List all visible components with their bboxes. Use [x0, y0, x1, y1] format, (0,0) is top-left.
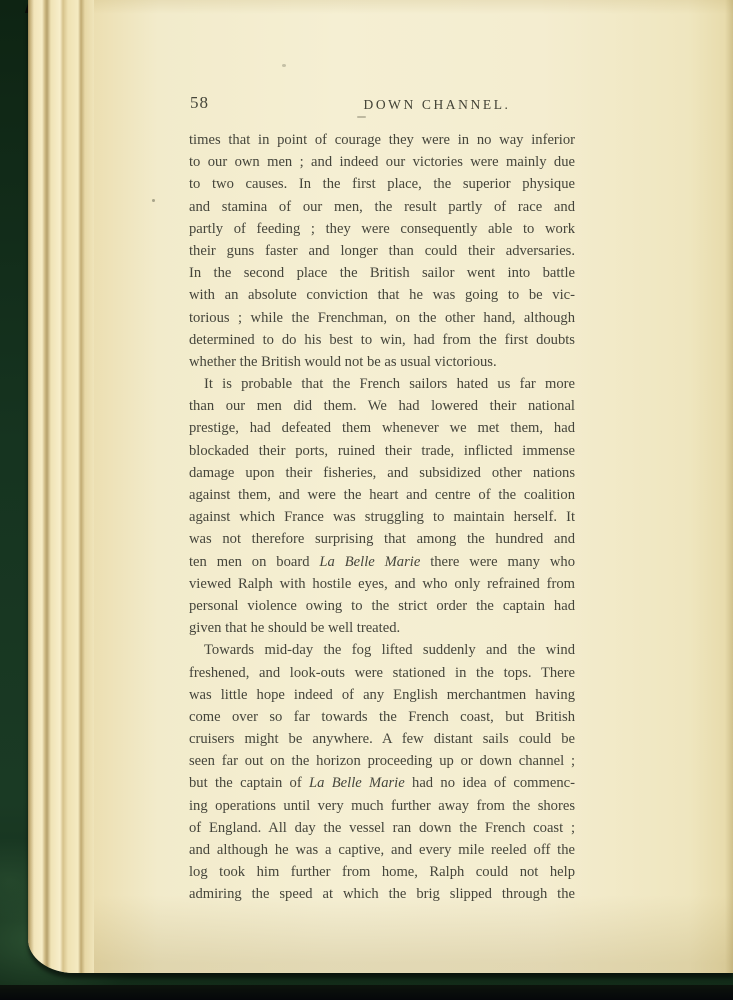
text-segment: personal violence owing to the strict or…: [189, 598, 575, 614]
text-segment: their guns faster and longer than could …: [189, 243, 575, 259]
text-line: partly of feeding ; they were consequent…: [189, 218, 575, 240]
text-segment: but the captain of: [189, 775, 309, 791]
paragraph: It is probable that the French sailors h…: [189, 373, 575, 639]
text-line: of England. All day the vessel ran down …: [189, 817, 575, 839]
text-line: ten men on board La Belle Marie there we…: [189, 551, 575, 573]
text-line: to two causes. In the first place, the s…: [189, 173, 575, 195]
text-line: torious ; while the Frenchman, on the ot…: [189, 307, 575, 329]
text-segment: It is probable that the French sailors h…: [204, 376, 575, 392]
text-line: seen far out on the horizon proceeding u…: [189, 750, 575, 772]
text-line: freshened, and look-outs were stationed …: [189, 662, 575, 684]
text-segment: against them, and were the heart and cen…: [189, 487, 575, 503]
text-segment: viewed Ralph with hostile eyes, and who …: [189, 576, 575, 592]
text-segment: Towards mid-day the fog lifted suddenly …: [204, 642, 575, 658]
text-line: their guns faster and longer than could …: [189, 240, 575, 262]
text-line: but the captain of La Belle Marie had no…: [189, 772, 575, 794]
text-segment: to our own men ; and indeed our victorie…: [189, 154, 575, 170]
text-segment: admiring the speed at which the brig sli…: [189, 886, 575, 902]
text-segment: against which France was struggling to m…: [189, 509, 575, 525]
text-line: cruisers might be anywhere. A few distan…: [189, 728, 575, 750]
text-line: blockaded their ports, ruined their trad…: [189, 440, 575, 462]
text-line: than our men did them. We had lowered th…: [189, 395, 575, 417]
text-segment: of England. All day the vessel ran down …: [189, 820, 575, 836]
print-speck: [152, 199, 155, 202]
text-line: admiring the speed at which the brig sli…: [189, 883, 575, 905]
text-segment: had no idea of commenc-: [405, 775, 575, 791]
text-segment: times that in point of courage they were…: [189, 132, 575, 148]
page-number: 58: [190, 93, 209, 113]
scan-bottom-strip: [0, 985, 733, 1000]
text-line: given that he should be well treated.: [189, 617, 575, 639]
text-line: ing operations until very much further a…: [189, 795, 575, 817]
text-segment: freshened, and look-outs were stationed …: [189, 665, 575, 681]
text-line: to our own men ; and indeed our victorie…: [189, 151, 575, 173]
text-segment: In the second place the British sailor w…: [189, 265, 575, 281]
ship-name-italic: La Belle Marie: [319, 554, 420, 570]
page-right-shade: [725, 0, 733, 973]
text-segment: ten men on board: [189, 554, 319, 570]
text-line: It is probable that the French sailors h…: [189, 373, 575, 395]
running-head: DOWN CHANNEL.: [363, 97, 510, 113]
print-speck: [357, 116, 366, 118]
paragraph: Towards mid-day the fog lifted suddenly …: [189, 639, 575, 905]
text-segment: partly of feeding ; they were consequent…: [189, 221, 575, 237]
paragraph: times that in point of courage they were…: [189, 129, 575, 373]
text-segment: blockaded their ports, ruined their trad…: [189, 443, 575, 459]
text-line: In the second place the British sailor w…: [189, 262, 575, 284]
text-line: with an absolute conviction that he was …: [189, 284, 575, 306]
text-segment: whether the British would not be as usua…: [189, 354, 497, 370]
text-segment: given that he should be well treated.: [189, 620, 400, 636]
text-line: was not therefore surprising that among …: [189, 528, 575, 550]
text-segment: determined to do his best to win, had fr…: [189, 332, 575, 348]
text-segment: to two causes. In the first place, the s…: [189, 176, 575, 192]
text-segment: was little hope indeed of any English me…: [189, 687, 575, 703]
text-segment: and although he was a captive, and every…: [189, 842, 575, 858]
text-line: was little hope indeed of any English me…: [189, 684, 575, 706]
text-line: determined to do his best to win, had fr…: [189, 329, 575, 351]
text-line: against them, and were the heart and cen…: [189, 484, 575, 506]
text-segment: and stamina of our men, the result partl…: [189, 199, 575, 215]
text-line: personal violence owing to the strict or…: [189, 595, 575, 617]
text-segment: was not therefore surprising that among …: [189, 531, 575, 547]
ship-name-italic: La Belle Marie: [309, 775, 405, 791]
text-segment: seen far out on the horizon proceeding u…: [189, 753, 575, 769]
text-line: whether the British would not be as usua…: [189, 351, 575, 373]
text-segment: prestige, had defeated them whenever we …: [189, 420, 575, 436]
text-segment: than our men did them. We had lowered th…: [189, 398, 575, 414]
text-segment: come over so far towards the French coas…: [189, 709, 575, 725]
text-segment: torious ; while the Frenchman, on the ot…: [189, 310, 575, 326]
text-segment: log took him further from home, Ralph co…: [189, 864, 575, 880]
text-block: times that in point of courage they were…: [189, 129, 575, 906]
text-segment: ing operations until very much further a…: [189, 798, 575, 814]
text-line: log took him further from home, Ralph co…: [189, 861, 575, 883]
page-fore-edge: [28, 0, 100, 973]
text-line: and stamina of our men, the result partl…: [189, 196, 575, 218]
text-segment: damage upon their fisheries, and subsidi…: [189, 465, 575, 481]
text-line: times that in point of courage they were…: [189, 129, 575, 151]
text-line: Towards mid-day the fog lifted suddenly …: [189, 639, 575, 661]
text-segment: with an absolute conviction that he was …: [189, 287, 575, 303]
text-segment: there were many who: [420, 554, 575, 570]
text-segment: cruisers might be anywhere. A few distan…: [189, 731, 575, 747]
text-line: and although he was a captive, and every…: [189, 839, 575, 861]
text-line: damage upon their fisheries, and subsidi…: [189, 462, 575, 484]
text-line: prestige, had defeated them whenever we …: [189, 417, 575, 439]
text-line: come over so far towards the French coas…: [189, 706, 575, 728]
text-line: against which France was struggling to m…: [189, 506, 575, 528]
text-line: viewed Ralph with hostile eyes, and who …: [189, 573, 575, 595]
print-speck: [282, 64, 286, 67]
